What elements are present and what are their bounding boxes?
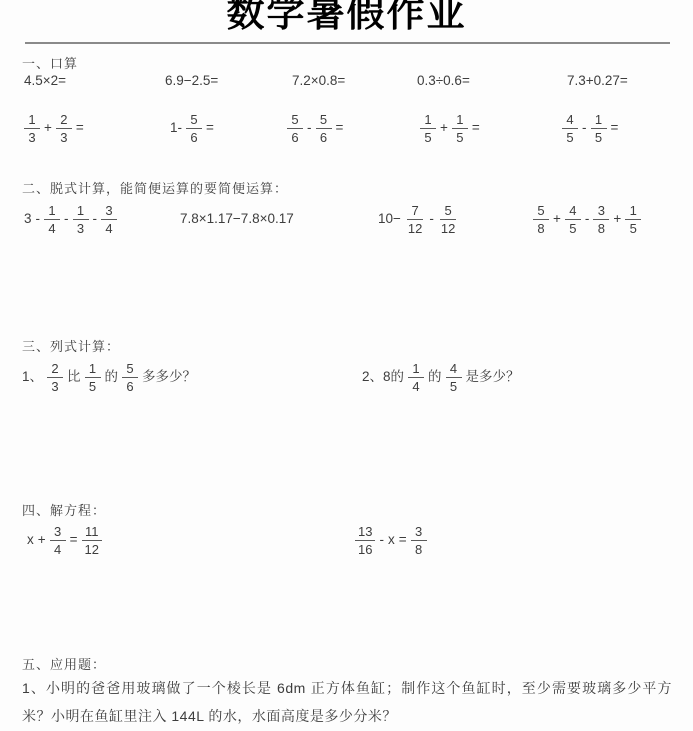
expression-text: 7.2×0.8= [292, 73, 345, 89]
fraction: 15 [591, 112, 607, 145]
expression-text: x [27, 532, 34, 548]
expression-text: 的 [105, 369, 119, 385]
fraction-numerator: 1 [73, 203, 89, 220]
fraction: 13 [24, 112, 40, 145]
fraction-denominator: 12 [438, 220, 458, 236]
fraction-numerator: 2 [56, 112, 72, 129]
fraction-numerator: 11 [82, 524, 102, 541]
fraction: 1316 [355, 524, 375, 557]
expression-text: + [38, 532, 46, 548]
equations-row: x+34=1112 1316-x=38 [0, 517, 693, 563]
fraction: 23 [56, 112, 72, 145]
math-problem: 4.5×2= [22, 70, 68, 92]
expression-text: + [613, 211, 621, 227]
fraction-numerator: 3 [50, 524, 66, 541]
math-problem: 3-14-13-34 [22, 196, 119, 242]
expression-text: 0.3÷0.6= [417, 73, 470, 89]
expression-text: = [70, 532, 78, 548]
fraction-denominator: 4 [50, 541, 66, 557]
fraction: 15 [85, 361, 101, 394]
fraction: 58 [533, 203, 549, 236]
math-problem: x+34=1112 [25, 517, 104, 563]
fraction-numerator: 5 [533, 203, 549, 220]
worksheet-page: 数学暑假作业 一、口算 4.5×2= 6.9−2.5= 7.2×0.8= 0.3… [0, 0, 693, 731]
math-problem: 7.3+0.27= [565, 70, 630, 92]
fraction-numerator: 4 [565, 203, 581, 220]
fraction-denominator: 6 [122, 378, 138, 394]
fraction-denominator: 5 [85, 378, 101, 394]
fraction-denominator: 3 [47, 378, 63, 394]
fraction-numerator: 5 [440, 203, 456, 220]
section-stepwise-heading: 二、脱式计算，能简便运算的要简便运算： [22, 178, 288, 197]
fraction-numerator: 5 [186, 112, 202, 129]
fraction-denominator: 5 [591, 129, 607, 145]
expression-text: - [429, 211, 434, 227]
fraction-denominator: 4 [101, 220, 117, 236]
fraction-denominator: 16 [355, 541, 375, 557]
math-problem: 6.9−2.5= [163, 70, 220, 92]
section-word-problems-heading: 五、应用题： [22, 654, 106, 673]
fraction-numerator: 5 [316, 112, 332, 129]
fraction-denominator: 6 [316, 129, 332, 145]
fraction-numerator: 5 [122, 361, 138, 378]
fraction-numerator: 7 [407, 203, 423, 220]
math-problem: 0.3÷0.6= [415, 70, 472, 92]
oral-row-decimals: 4.5×2= 6.9−2.5= 7.2×0.8= 0.3÷0.6= 7.3+0.… [0, 70, 693, 92]
page-title: 数学暑假作业 [0, 0, 693, 39]
fraction-denominator: 3 [56, 129, 72, 145]
math-problem: 56-56= [285, 106, 345, 150]
expression-text: 比 [67, 369, 81, 385]
fraction-numerator: 1 [85, 361, 101, 378]
fraction: 45 [446, 361, 462, 394]
fraction: 13 [73, 203, 89, 236]
math-problem: 7.8×1.17−7.8×0.17 [178, 196, 296, 242]
fraction: 56 [287, 112, 303, 145]
oral-row-fractions: 13+23= 1-56= 56-56= 15+15= 45-15= [0, 106, 693, 150]
fraction-denominator: 5 [452, 129, 468, 145]
math-problem: 45-15= [560, 106, 620, 150]
math-problem: 10−712-512 [376, 196, 460, 242]
expression-text: + [440, 120, 448, 136]
expression-text: - [64, 211, 69, 227]
math-problem: 58+45-38+15 [531, 196, 643, 242]
stepwise-row: 3-14-13-34 7.8×1.17−7.8×0.17 10−712-512 … [0, 196, 693, 242]
fraction-denominator: 6 [186, 129, 202, 145]
fraction-denominator: 6 [287, 129, 303, 145]
math-problem: 7.2×0.8= [290, 70, 347, 92]
fraction: 15 [452, 112, 468, 145]
expression-text: 7.3+0.27= [567, 73, 628, 89]
fraction-numerator: 1 [591, 112, 607, 129]
fraction: 45 [562, 112, 578, 145]
fraction: 56 [316, 112, 332, 145]
math-problem: 1316-x=38 [353, 517, 429, 563]
fraction-numerator: 13 [355, 524, 375, 541]
fraction-numerator: 5 [287, 112, 303, 129]
fraction-denominator: 5 [565, 220, 581, 236]
word-problem-text: 1、小明的爸爸用玻璃做了一个棱长是 6dm 正方体鱼缸；制作这个鱼缸时，至少需要… [22, 674, 672, 730]
fraction-denominator: 5 [446, 378, 462, 394]
expression-text: - [36, 211, 41, 227]
fraction: 38 [411, 524, 427, 557]
expression-text: 1、 [22, 369, 43, 385]
fraction-denominator: 8 [411, 541, 427, 557]
expression-text: = [611, 120, 619, 136]
expression-text: 1- [170, 120, 182, 136]
fraction-numerator: 2 [47, 361, 63, 378]
fraction: 14 [44, 203, 60, 236]
math-problem: 1、23比15的56多多少？ [20, 354, 198, 400]
fraction: 38 [593, 203, 609, 236]
fraction: 512 [438, 203, 458, 236]
fraction-numerator: 3 [411, 524, 427, 541]
fraction-numerator: 1 [24, 112, 40, 129]
expression-text: 是多少？ [466, 369, 520, 385]
math-problem: 1-56= [168, 106, 216, 150]
expression-text: - [93, 211, 98, 227]
expression-text: x [388, 532, 395, 548]
math-problem: 13+23= [22, 106, 86, 150]
expression-text: 3 [24, 211, 32, 227]
fraction-numerator: 1 [420, 112, 436, 129]
fraction-numerator: 3 [101, 203, 117, 220]
expression-text: 的 [428, 369, 442, 385]
expression-text: = [472, 120, 480, 136]
fraction: 45 [565, 203, 581, 236]
expression-text: + [44, 120, 52, 136]
fraction-numerator: 4 [562, 112, 578, 129]
fraction: 15 [420, 112, 436, 145]
expression-text: = [399, 532, 407, 548]
fraction-denominator: 12 [405, 220, 425, 236]
expression-text: 2、8的 [362, 369, 404, 385]
expression-text: = [206, 120, 214, 136]
fraction: 15 [625, 203, 641, 236]
fraction-denominator: 8 [593, 220, 609, 236]
expression-text: 多多少？ [142, 369, 196, 385]
fraction-denominator: 3 [73, 220, 89, 236]
fraction-numerator: 1 [408, 361, 424, 378]
fraction: 34 [50, 524, 66, 557]
expression-text: + [553, 211, 561, 227]
fraction-denominator: 5 [625, 220, 641, 236]
expression-text: - [582, 120, 587, 136]
fraction: 712 [405, 203, 425, 236]
fraction: 14 [408, 361, 424, 394]
expression-text: = [336, 120, 344, 136]
fraction-numerator: 1 [452, 112, 468, 129]
fraction-denominator: 3 [24, 129, 40, 145]
title-divider [25, 42, 670, 44]
fraction-denominator: 8 [533, 220, 549, 236]
section-expressions-heading: 三、列式计算： [22, 336, 120, 355]
expression-text: - [585, 211, 590, 227]
fraction-numerator: 4 [446, 361, 462, 378]
fraction: 56 [122, 361, 138, 394]
fraction-denominator: 5 [420, 129, 436, 145]
fraction-denominator: 4 [44, 220, 60, 236]
fraction-denominator: 12 [82, 541, 102, 557]
expression-text: 10− [378, 211, 401, 227]
fraction: 56 [186, 112, 202, 145]
math-problem: 2、8的14的45是多少？ [360, 354, 522, 400]
fraction-numerator: 1 [625, 203, 641, 220]
expression-text: 6.9−2.5= [165, 73, 218, 89]
fraction-numerator: 3 [593, 203, 609, 220]
fraction: 23 [47, 361, 63, 394]
expression-text: - [307, 120, 312, 136]
math-problem: 15+15= [418, 106, 482, 150]
fraction-denominator: 4 [408, 378, 424, 394]
fraction: 1112 [82, 524, 102, 557]
fraction-denominator: 5 [562, 129, 578, 145]
expression-text: = [76, 120, 84, 136]
fraction-numerator: 1 [44, 203, 60, 220]
expressions-row: 1、23比15的56多多少？ 2、8的14的45是多少？ [0, 354, 693, 400]
expression-text: 7.8×1.17−7.8×0.17 [180, 211, 294, 227]
fraction: 34 [101, 203, 117, 236]
expression-text: - [379, 532, 384, 548]
expression-text: 4.5×2= [24, 73, 66, 89]
